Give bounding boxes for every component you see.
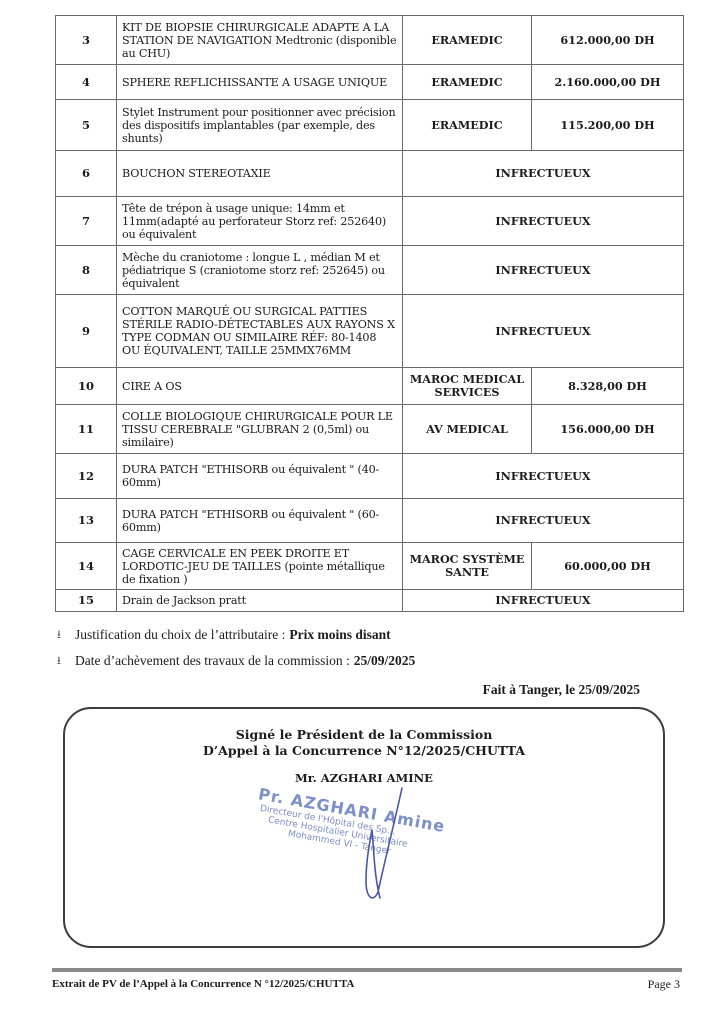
table-row: 15Drain de Jackson prattINFRECTUEUX [56,590,684,612]
table-row: 4SPHERE REFLICHISSANTE A USAGE UNIQUEERA… [56,65,684,100]
lot-status: INFRECTUEUX [403,499,684,543]
lot-status: INFRECTUEUX [403,246,684,295]
lot-number: 5 [56,100,117,151]
justification-value: Prix moins disant [289,627,390,643]
page-number: Page 3 [648,977,680,992]
lot-montant: 115.200,00 DH [532,100,684,151]
signature-title-line1: Signé le Président de la Commission [65,727,663,743]
table-row: 9COTTON MARQUÉ OU SURGICAL PATTIES STÉRI… [56,295,684,368]
lot-designation: COLLE BIOLOGIQUE CHIRURGICALE POUR LE TI… [117,405,403,454]
lot-number: 7 [56,197,117,246]
lots-table: 3KIT DE BIOPSIE CHIRURGICALE ADAPTE A LA… [55,15,684,612]
table-row: 11COLLE BIOLOGIQUE CHIRURGICALE POUR LE … [56,405,684,454]
table-row: 13DURA PATCH "ETHISORB ou équivalent " (… [56,499,684,543]
lot-status: INFRECTUEUX [403,295,684,368]
lot-number: 3 [56,16,117,65]
date-label: Date d’achèvement des travaux de la comm… [75,653,350,669]
table-row: 7Tête de trépon à usage unique: 14mm et … [56,197,684,246]
lot-designation: Drain de Jackson pratt [117,590,403,612]
lots-table-body: 3KIT DE BIOPSIE CHIRURGICALE ADAPTE A LA… [56,16,684,612]
lot-designation: DURA PATCH "ETHISORB ou équivalent " (40… [117,454,403,499]
lot-attributaire: ERAMEDIC [403,100,532,151]
lot-attributaire: ERAMEDIC [403,65,532,100]
lot-designation: Tête de trépon à usage unique: 14mm et 1… [117,197,403,246]
signature-title: Signé le Président de la Commission D’Ap… [65,727,663,759]
lot-designation: DURA PATCH "ETHISORB ou équivalent " (60… [117,499,403,543]
lot-designation: Stylet Instrument pour positionner avec … [117,100,403,151]
handwritten-signature-icon [340,780,430,910]
date-note: ⭳ Date d’achèvement des travaux de la co… [57,648,415,674]
table-row: 5Stylet Instrument pour positionner avec… [56,100,684,151]
lot-number: 10 [56,368,117,405]
arrow-down-bullet-icon: ⭳ [57,652,75,671]
lot-number: 11 [56,405,117,454]
arrow-down-bullet-icon: ⭳ [57,626,75,645]
lot-number: 14 [56,543,117,590]
lot-attributaire: AV MEDICAL [403,405,532,454]
lot-montant: 612.000,00 DH [532,16,684,65]
signature-title-line2: D’Appel à la Concurrence N°12/2025/CHUTT… [65,743,663,759]
notes: ⭳ Justification du choix de l’attributai… [57,622,415,674]
lot-designation: CAGE CERVICALE EN PEEK DROITE ET LORDOTI… [117,543,403,590]
lot-attributaire: ERAMEDIC [403,16,532,65]
lot-designation: CIRE A OS [117,368,403,405]
lot-number: 13 [56,499,117,543]
table-row: 3KIT DE BIOPSIE CHIRURGICALE ADAPTE A LA… [56,16,684,65]
table-row: 8Mèche du craniotome : longue L , médian… [56,246,684,295]
lot-montant: 2.160.000,00 DH [532,65,684,100]
justification-label: Justification du choix de l’attributaire… [75,627,285,643]
lot-number: 8 [56,246,117,295]
lot-number: 4 [56,65,117,100]
lot-number: 9 [56,295,117,368]
lot-status: INFRECTUEUX [403,454,684,499]
table-row: 14CAGE CERVICALE EN PEEK DROITE ET LORDO… [56,543,684,590]
lot-montant: 8.328,00 DH [532,368,684,405]
lot-number: 12 [56,454,117,499]
lot-designation: BOUCHON STEREOTAXIE [117,151,403,197]
table-row: 10CIRE A OSMAROC MEDICAL SERVICES8.328,0… [56,368,684,405]
lot-montant: 156.000,00 DH [532,405,684,454]
lot-designation: COTTON MARQUÉ OU SURGICAL PATTIES STÉRIL… [117,295,403,368]
table-row: 6BOUCHON STEREOTAXIEINFRECTUEUX [56,151,684,197]
lot-number: 15 [56,590,117,612]
lot-status: INFRECTUEUX [403,197,684,246]
lot-status: INFRECTUEUX [403,590,684,612]
lot-attributaire: MAROC SYSTÈME SANTE [403,543,532,590]
lot-montant: 60.000,00 DH [532,543,684,590]
justification-note: ⭳ Justification du choix de l’attributai… [57,622,415,648]
lot-status: INFRECTUEUX [403,151,684,197]
lot-number: 6 [56,151,117,197]
lot-designation: Mèche du craniotome : longue L , médian … [117,246,403,295]
footer-reference: Extrait de PV de l’Appel à la Concurrenc… [52,978,354,990]
date-value: 25/09/2025 [354,653,416,669]
table-row: 12DURA PATCH "ETHISORB ou équivalent " (… [56,454,684,499]
footer-bar [52,968,682,972]
lot-designation: SPHERE REFLICHISSANTE A USAGE UNIQUE [117,65,403,100]
fait-a-tanger: Fait à Tanger, le 25/09/2025 [483,682,640,698]
lot-designation: KIT DE BIOPSIE CHIRURGICALE ADAPTE A LA … [117,16,403,65]
lot-attributaire: MAROC MEDICAL SERVICES [403,368,532,405]
